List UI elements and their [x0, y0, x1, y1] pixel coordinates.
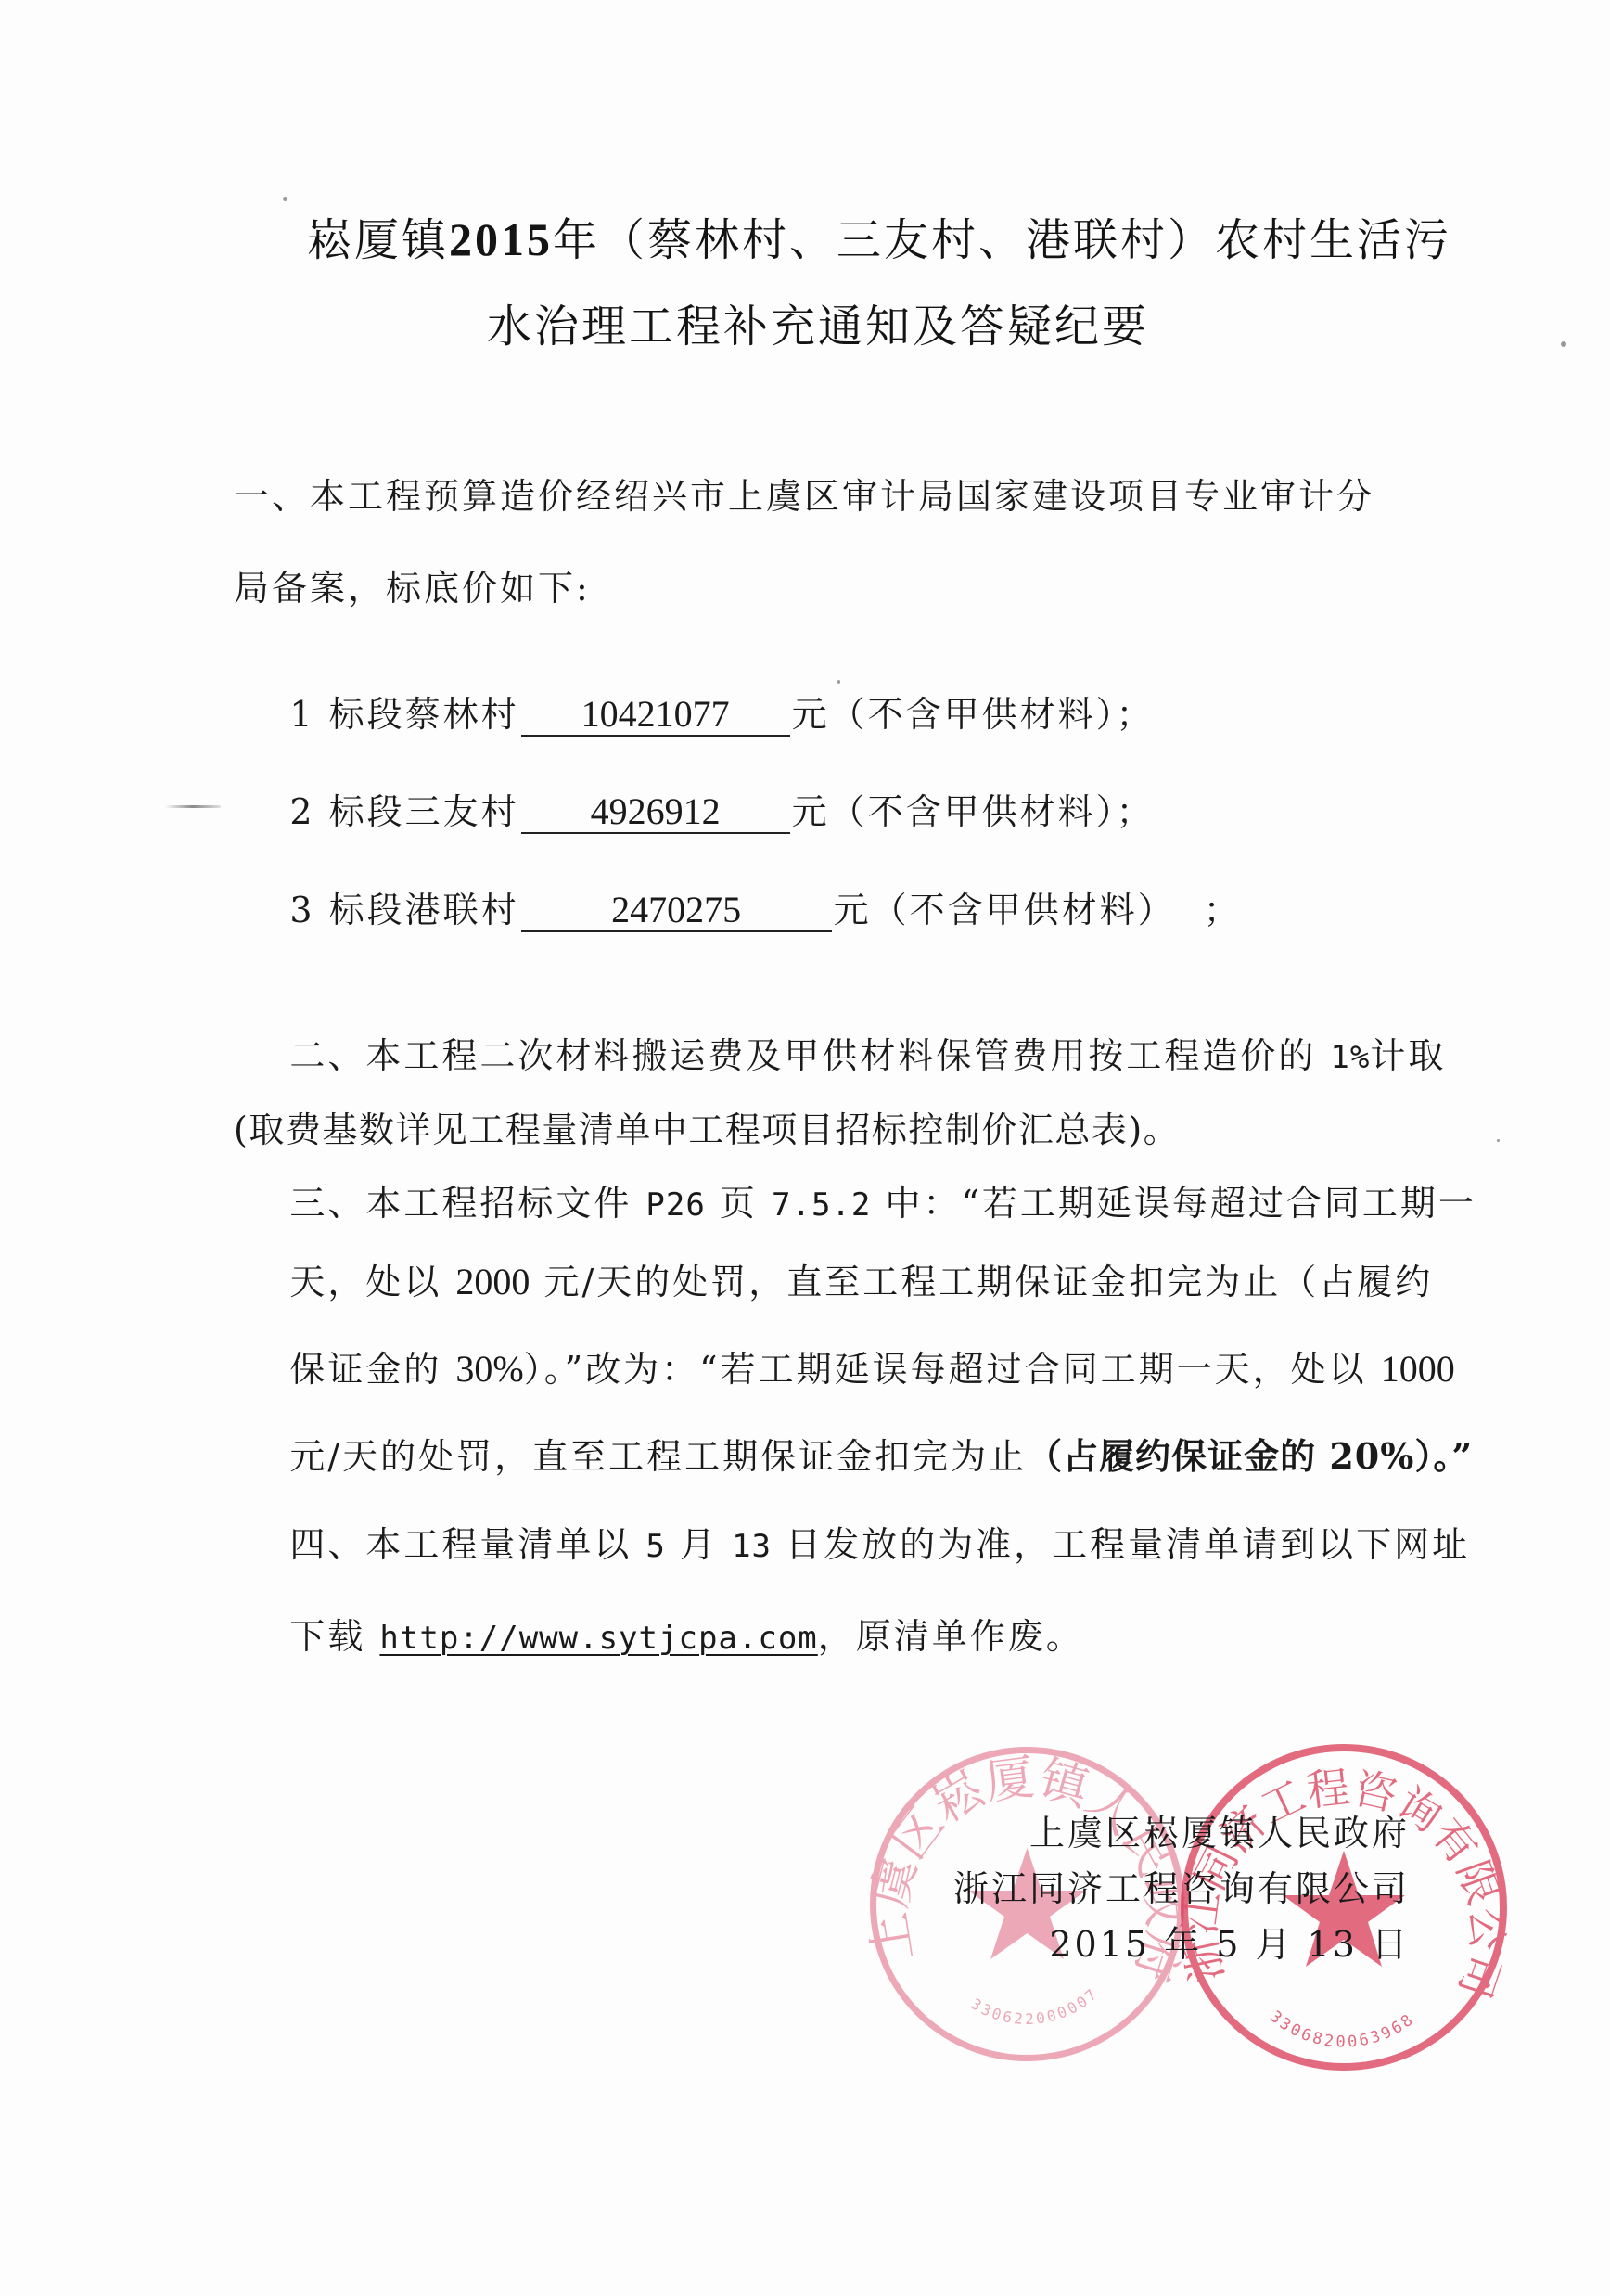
- section-2-percent: 1%: [1330, 1039, 1370, 1076]
- section-3-text: 中：“若工期延误每超过合同工期一: [871, 1183, 1476, 1224]
- section-3-text: 保证金的: [289, 1349, 455, 1390]
- section-2-line-1: 二、本工程二次材料搬运费及甲供材料保管费用按工程造价的 1%计取: [234, 1003, 1446, 1109]
- section-3-new-penalty: 1000: [1381, 1348, 1455, 1390]
- section-4-line-1: 四、本工程量清单以 5 月 13 日发放的为准，工程量清单请到以下网址: [234, 1492, 1470, 1597]
- section-4-month: 5: [645, 1528, 665, 1565]
- svg-text:3306820063968: 3306820063968: [1266, 2007, 1418, 2052]
- bid-amount: 4926912: [521, 793, 790, 834]
- section-4-text: 下载: [289, 1616, 379, 1657]
- section-4-text: 月: [666, 1524, 732, 1565]
- section-3-old-percent: 30%: [455, 1348, 523, 1390]
- bid-unit-note: 元（不含甲供材料）；: [792, 694, 1155, 735]
- download-url-link[interactable]: http://www.sytjcpa.com: [379, 1620, 817, 1657]
- bid-label: 3 标段港联村: [289, 890, 518, 930]
- section-3-text: 天，处以: [289, 1262, 455, 1302]
- section-4-day: 13: [732, 1528, 772, 1565]
- section-3-new-percent: （占履约保证金的 20%）。”: [1027, 1435, 1473, 1477]
- section-2-text: 二、本工程二次材料搬运费及甲供材料保管费用按工程造价的: [289, 1035, 1330, 1076]
- section-3-text: ）。”改为：“若工期延误每超过合同工期一天，处以: [524, 1349, 1381, 1390]
- section-4-text: 日发放的为准，工程量清单请到以下网址: [772, 1524, 1470, 1565]
- document-title-line-2: 水治理工程补充通知及答疑纪要: [487, 304, 1149, 349]
- section-2-line-2: (取费基数详见工程量清单中工程项目招标控制价汇总表)。: [234, 1112, 1180, 1148]
- section-3-clause-ref: 7.5.2: [772, 1186, 871, 1224]
- section-4-line-2: 下载 http://www.sytjcpa.com，原清单作废。: [234, 1584, 1084, 1689]
- signature-org-2: 浙江同济工程咨询有限公司: [953, 1871, 1410, 1906]
- bid-label: 2 标段三友村: [289, 791, 518, 832]
- bid-row-1: 1 标段蔡林村10421077元（不含甲供材料）；: [234, 661, 1155, 772]
- section-1-line-1: 一、本工程预算造价经绍兴市上虞区审计局国家建设项目专业审计分: [234, 479, 1374, 514]
- bid-amount: 10421077: [521, 696, 790, 737]
- section-1-line-2: 局备案，标底价如下:: [234, 571, 591, 606]
- bid-row-2: 2 标段三友村4926912元（不含甲供材料）；: [234, 758, 1155, 869]
- bid-unit-note: 元（不含甲供材料） ；: [834, 890, 1242, 930]
- section-3-text: 页: [706, 1183, 772, 1224]
- title-rest: 年（蔡林村、三友村、港联村）农村生活污: [553, 214, 1451, 266]
- section-4-text: 四、本工程量清单以: [289, 1524, 645, 1565]
- section-3-text: 三、本工程招标文件: [289, 1183, 645, 1224]
- bid-label: 1 标段蔡林村: [289, 694, 518, 735]
- title-town: 崧厦镇: [307, 214, 449, 266]
- section-3-text: 元/天的处罚，直至工程工期保证金扣完为止（占履约: [530, 1262, 1433, 1302]
- scan-speck: [1561, 341, 1566, 347]
- scan-speck: [1497, 1139, 1500, 1142]
- signature-org-1: 上虞区崧厦镇人民政府: [1029, 1815, 1410, 1851]
- document-title-line-1: 崧厦镇2015年（蔡林村、三友村、港联村）农村生活污: [239, 172, 1451, 307]
- bid-row-3: 3 标段港联村2470275元（不含甲供材料） ；: [234, 856, 1242, 968]
- section-3-old-penalty: 2000: [455, 1261, 530, 1302]
- section-2-text-end: 计取: [1370, 1035, 1446, 1076]
- scanned-document-page: 崧厦镇2015年（蔡林村、三友村、港联村）农村生活污 水治理工程补充通知及答疑纪…: [0, 0, 1610, 2296]
- bid-unit-note: 元（不含甲供材料）；: [792, 791, 1155, 832]
- title-year: 2015: [449, 213, 553, 265]
- scan-pencil-mark: [165, 805, 221, 808]
- section-3-page-ref: P26: [645, 1186, 705, 1224]
- section-4-text: ，原清单作废。: [818, 1616, 1084, 1657]
- bid-amount: 2470275: [521, 891, 832, 932]
- signature-date: 2015 年 5 月 13 日: [1049, 1927, 1410, 1962]
- section-3-text: 元/天的处罚，直至工程工期保证金扣完为止: [289, 1436, 1027, 1477]
